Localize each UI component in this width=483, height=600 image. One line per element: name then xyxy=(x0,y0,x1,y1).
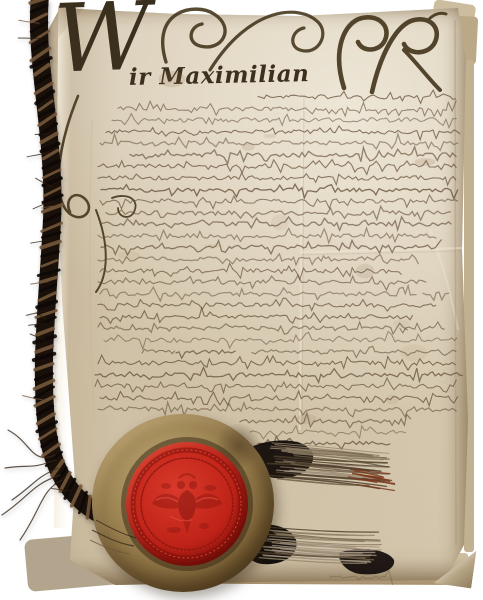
heading-name: ir Maximilian xyxy=(129,60,310,91)
seal-red-wax xyxy=(126,442,248,566)
manuscript-photo: W ir Maximilian xyxy=(0,0,483,600)
